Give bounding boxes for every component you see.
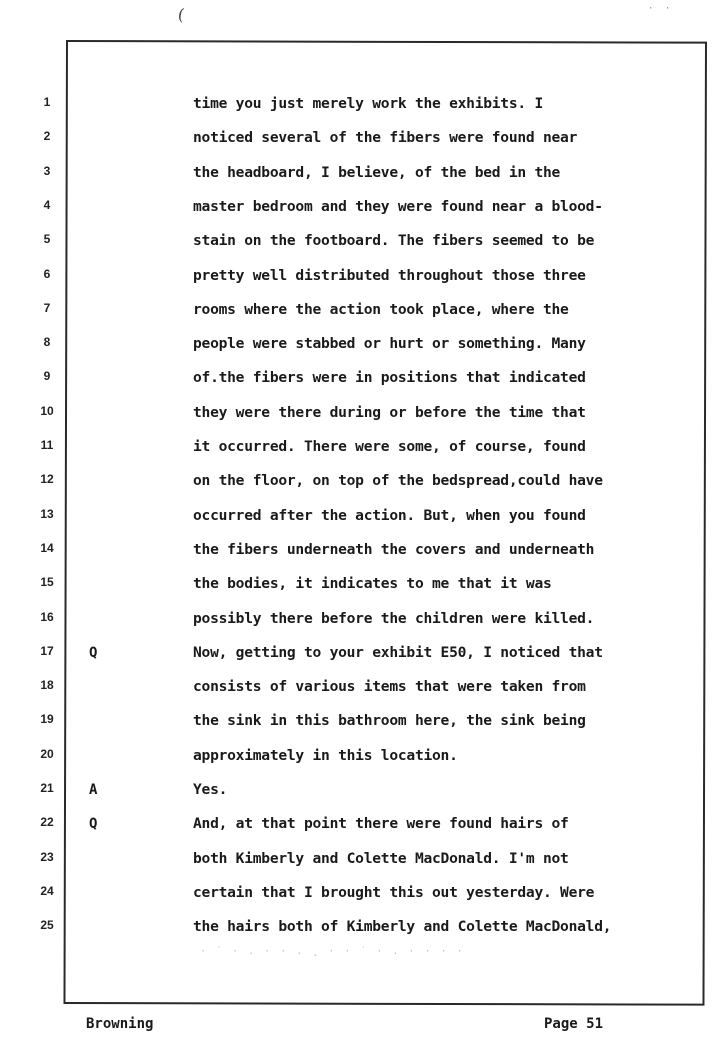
transcript-line: master bedroom and they were found near … (193, 198, 603, 215)
line-number: 22 (30, 815, 64, 829)
transcript-line: the fibers underneath the covers and und… (193, 541, 594, 558)
line-number: 9 (30, 369, 64, 383)
transcript-line: Yes. (193, 781, 227, 798)
line-number: 11 (30, 438, 64, 452)
transcript-line: rooms where the action took place, where… (193, 301, 569, 318)
line-number: 17 (30, 644, 64, 658)
line-number: 8 (30, 335, 64, 349)
transcript-line: time you just merely work the exhibits. … (193, 95, 543, 112)
line-number: 25 (30, 918, 64, 932)
transcript-line: it occurred. There were some, of course,… (193, 438, 586, 455)
line-number: 24 (30, 884, 64, 898)
witness-name: Browning (86, 1016, 153, 1032)
line-number: 1 (30, 95, 64, 109)
transcript-line: the bodies, it indicates to me that it w… (193, 575, 552, 592)
transcript-line: the hairs both of Kimberly and Colette M… (193, 918, 611, 935)
transcript-line: certain that I brought this out yesterda… (193, 884, 594, 901)
transcript-line: both Kimberly and Colette MacDonald. I'm… (193, 850, 569, 867)
line-number: 19 (30, 712, 64, 726)
line-number: 12 (30, 472, 64, 486)
speaker-label: Q (89, 816, 97, 832)
line-number: 16 (30, 610, 64, 624)
transcript-line: pretty well distributed throughout those… (193, 267, 586, 284)
transcript-line: possibly there before the children were … (193, 610, 594, 627)
transcript-line: stain on the footboard. The fibers seeme… (193, 232, 594, 249)
line-number: 21 (30, 781, 64, 795)
line-number: 7 (30, 301, 64, 315)
scan-specks: · · (648, 4, 673, 14)
transcript-line: the headboard, I believe, of the bed in … (193, 164, 560, 181)
line-number: 13 (30, 507, 64, 521)
handwritten-mark: ( (177, 5, 186, 25)
transcript-line: people were stabbed or hurt or something… (193, 335, 586, 352)
line-number: 3 (30, 164, 64, 178)
transcript-line: consists of various items that were take… (193, 678, 586, 695)
transcript-line: the sink in this bathroom here, the sink… (193, 712, 586, 729)
faded-scan-residue: · ˙ · . · · . ¸ · · ˙ · . · · · · (200, 946, 465, 957)
speaker-label: A (89, 782, 97, 798)
page-number: Page 51 (544, 1016, 603, 1032)
transcript-line: they were there during or before the tim… (193, 404, 586, 421)
line-number: 5 (30, 232, 64, 246)
line-number: 2 (30, 129, 64, 143)
transcript-line: of.the fibers were in positions that ind… (193, 369, 586, 386)
line-number: 14 (30, 541, 64, 555)
transcript-line: Now, getting to your exhibit E50, I noti… (193, 644, 603, 661)
line-number: 10 (30, 404, 64, 418)
transcript-line: occurred after the action. But, when you… (193, 507, 586, 524)
line-number: 20 (30, 747, 64, 761)
line-number: 6 (30, 267, 64, 281)
transcript-line: And, at that point there were found hair… (193, 815, 569, 832)
line-number: 15 (30, 575, 64, 589)
transcript-line: approximately in this location. (193, 747, 458, 764)
line-number: 4 (30, 198, 64, 212)
line-number: 23 (30, 850, 64, 864)
speaker-label: Q (89, 645, 97, 661)
transcript-line: noticed several of the fibers were found… (193, 129, 577, 146)
line-number: 18 (30, 678, 64, 692)
transcript-line: on the floor, on top of the bedspread,co… (193, 472, 603, 489)
